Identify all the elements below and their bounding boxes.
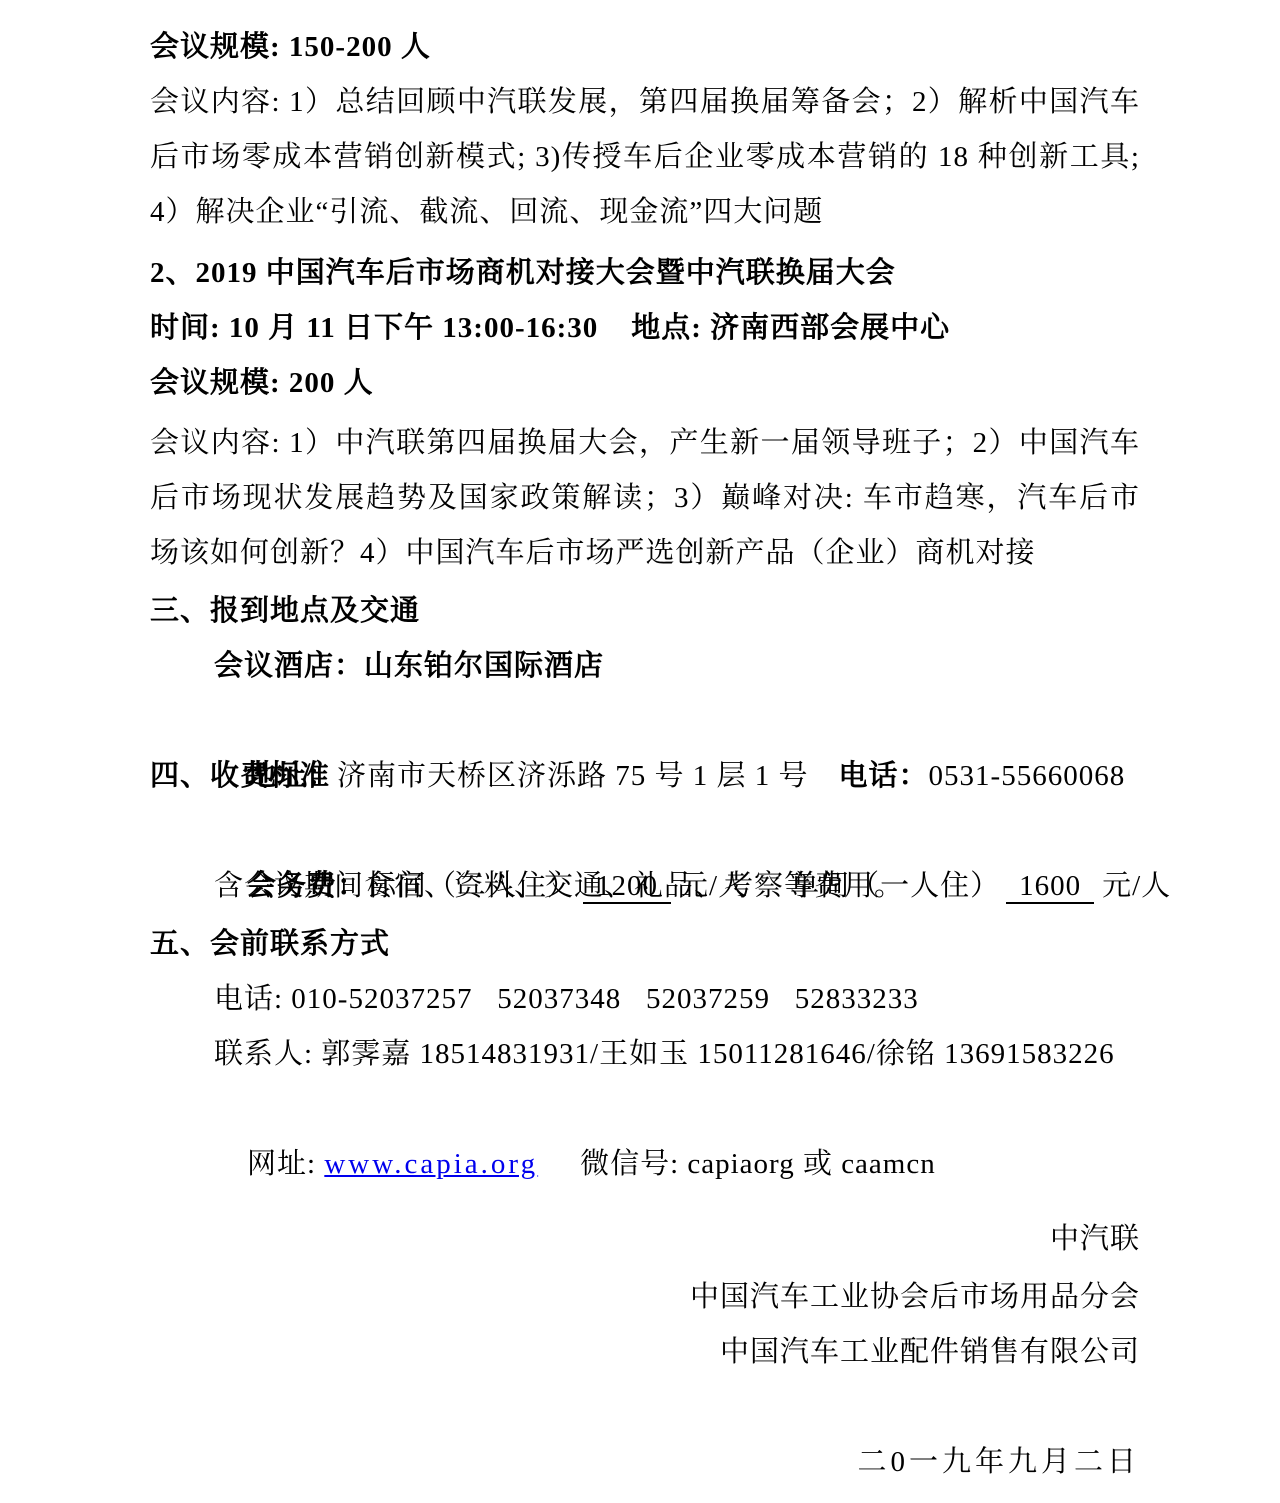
wechat-ids: 微信号: capiaorg 或 caamcn (580, 1148, 936, 1180)
hotel-phone-label: 电话： (839, 760, 929, 792)
signature-org-short: 中汽联 (150, 1212, 1140, 1267)
meeting1-content-line3: 4）解决企业“引流、截流、回流、现金流”四大问题 (150, 185, 1140, 240)
meeting2-content-line1: 会议内容: 1）中汽联第四届换届大会，产生新一届领导班子；2）中国汽车 (150, 416, 1140, 471)
meeting2-content-line2: 后市场现状发展趋势及国家政策解读；3）巅峰对决: 车市趋寒，汽车后市 (150, 471, 1140, 526)
meeting2-title: 2、2019 中国汽车后市场商机对接大会暨中汽联换届大会 (150, 246, 1140, 301)
fee-unit-single: 元/人 (1102, 870, 1171, 902)
document-body: 会议规模: 150-200 人 会议内容: 1）总结回顾中汽联发展，第四届换届筹… (150, 20, 1140, 1490)
meeting2-content-line3: 场该如何创新？4）中国汽车后市场严选创新产品（企业）商机对接 (150, 526, 1140, 581)
signature-org-association: 中国汽车工业协会后市场用品分会 (150, 1270, 1140, 1325)
website-link[interactable]: www.capia.org (324, 1148, 538, 1180)
meeting1-content-line2: 后市场零成本营销创新模式; 3)传授车后企业零成本营销的 18 种创新工具; (150, 130, 1140, 185)
signature-org-company: 中国汽车工业配件销售有限公司 (150, 1325, 1140, 1380)
contact-phones-line: 电话: 010-52037257 52037348 52037259 52833… (150, 972, 1140, 1027)
meeting2-time-location: 时间: 10 月 11 日下午 13:00-16:30 地点: 济南西部会展中心 (150, 301, 1140, 356)
address-value: 济南市天桥区济泺路 75 号 1 层 1 号 (337, 760, 809, 792)
section3-heading: 三、报到地点及交通 (150, 584, 1140, 639)
fee-line: 会务费：标间（二人住）1200元/人单间（一人住）1600元/人 (150, 804, 1140, 859)
hotel-line: 会议酒店：山东铂尔国际酒店 (150, 639, 1140, 694)
signature-block: 中汽联 中国汽车工业协会后市场用品分会 中国汽车工业配件销售有限公司 二0一九年… (150, 1212, 1140, 1490)
meeting1-scale: 会议规模: 150-200 人 (150, 20, 1140, 75)
website-line: 网址: www.capia.org微信号: capiaorg 或 caamcn (150, 1082, 1140, 1137)
signature-date: 二0一九年九月二日 (150, 1435, 1140, 1490)
meeting2-scale: 会议规模: 200 人 (150, 356, 1140, 411)
meeting1-content-line1: 会议内容: 1）总结回顾中汽联发展，第四届换届筹备会；2）解析中国汽车 (150, 75, 1140, 130)
contact-persons-line: 联系人: 郭霁嘉 18514831931/王如玉 15011281646/徐铭 … (150, 1027, 1140, 1082)
hotel-phone-value: 0531-55660068 (929, 760, 1126, 792)
address-phone-line: 地址：济南市天桥区济泺路 75 号 1 层 1 号电话：0531-5566006… (150, 694, 1140, 749)
section5-heading: 五、会前联系方式 (150, 917, 1140, 972)
website-label: 网址: (247, 1148, 324, 1180)
fee-value-single: 1600 (1006, 870, 1094, 904)
